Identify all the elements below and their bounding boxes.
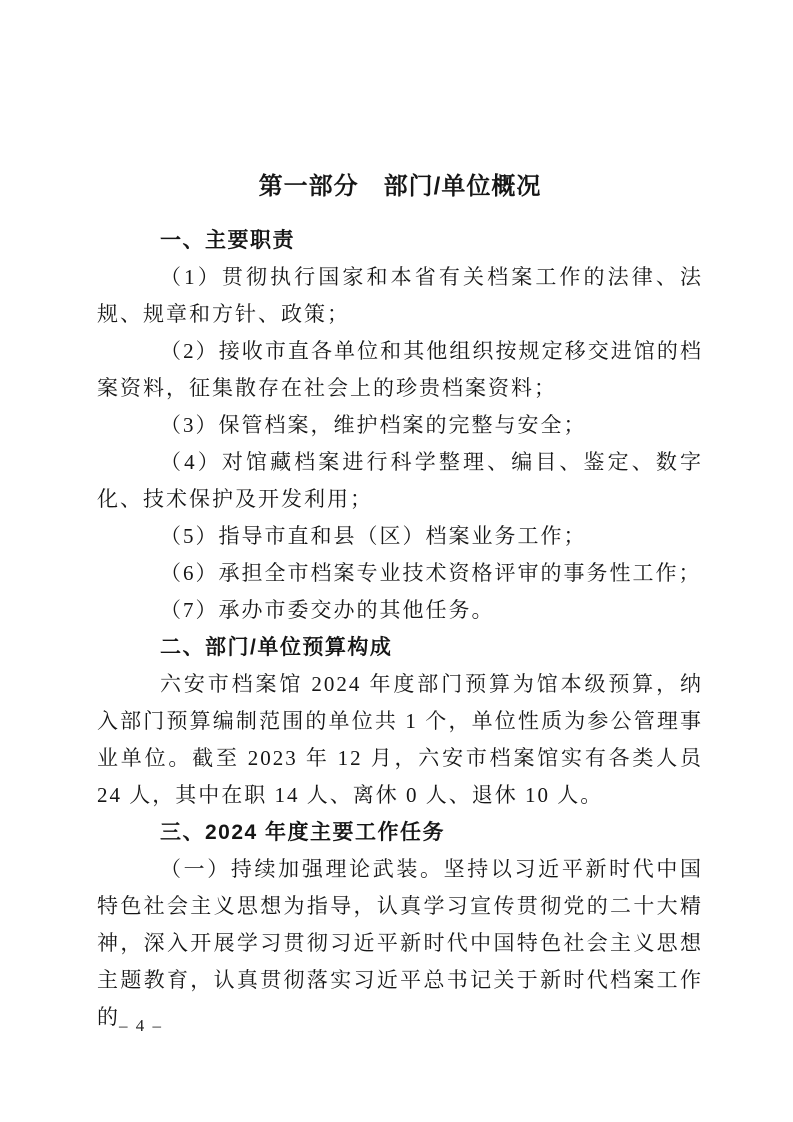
document-title: 第一部分 部门/单位概况 — [97, 170, 703, 204]
heading-main-duties: 一、主要职责 — [97, 222, 703, 259]
heading-budget-composition: 二、部门/单位预算构成 — [97, 629, 703, 666]
paragraph-duty-5: （5）指导市直和县（区）档案业务工作； — [97, 518, 703, 555]
paragraph-duty-2: （2）接收市直各单位和其他组织按规定移交进馆的档案资料，征集散存在社会上的珍贵档… — [97, 333, 703, 407]
paragraph-duty-7: （7）承办市委交办的其他任务。 — [97, 592, 703, 629]
document-page: 第一部分 部门/单位概况 一、主要职责 （1）贯彻执行国家和本省有关档案工作的法… — [0, 0, 793, 1122]
paragraph-duty-3: （3）保管档案，维护档案的完整与安全； — [97, 407, 703, 444]
document-content: 第一部分 部门/单位概况 一、主要职责 （1）贯彻执行国家和本省有关档案工作的法… — [97, 0, 703, 1036]
paragraph-duty-1: （1）贯彻执行国家和本省有关档案工作的法律、法规、规章和方针、政策； — [97, 259, 703, 333]
paragraph-duty-6: （6）承担全市档案专业技术资格评审的事务性工作； — [97, 555, 703, 592]
paragraph-task-1: （一）持续加强理论武装。坚持以习近平新时代中国特色社会主义思想为指导，认真学习宣… — [97, 851, 703, 1036]
paragraph-budget-composition: 六安市档案馆 2024 年度部门预算为馆本级预算，纳入部门预算编制范围的单位共 … — [97, 666, 703, 814]
heading-main-tasks-2024: 三、2024 年度主要工作任务 — [97, 814, 703, 851]
page-number: – 4 – — [119, 1016, 163, 1036]
paragraph-duty-4: （4）对馆藏档案进行科学整理、编目、鉴定、数字化、技术保护及开发利用； — [97, 444, 703, 518]
